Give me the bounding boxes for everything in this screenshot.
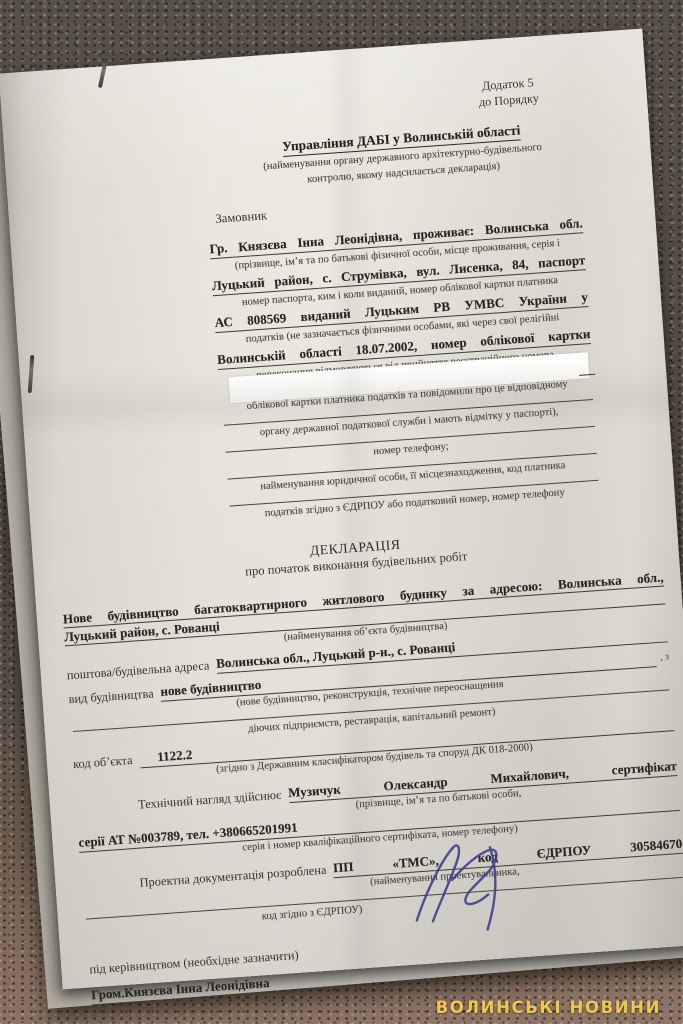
- authority-block: Управління ДАБІ у Волинській області (на…: [202, 117, 603, 195]
- supervision-label: Технічний нагляд здійснює: [137, 785, 288, 813]
- line-end-mark: , з: [656, 648, 670, 667]
- handwritten-signature: [383, 834, 540, 944]
- customer-block: Гр. Князєва Інна Леонідівна, проживає: В…: [209, 215, 602, 523]
- photo-scene: Додаток 5 до Порядку Управління ДАБІ у В…: [0, 0, 683, 1024]
- annex-note: Додаток 5 до Порядку: [430, 33, 585, 113]
- declaration-body: Нове будівництво багатоквартирного житло…: [62, 568, 683, 936]
- watermark-logo: ВОЛИНСЬКІ НОВИНИ: [436, 998, 661, 1017]
- document-content: Додаток 5 до Порядку Управління ДАБІ у В…: [0, 29, 683, 990]
- document-page: Додаток 5 до Порядку Управління ДАБІ у В…: [0, 29, 683, 990]
